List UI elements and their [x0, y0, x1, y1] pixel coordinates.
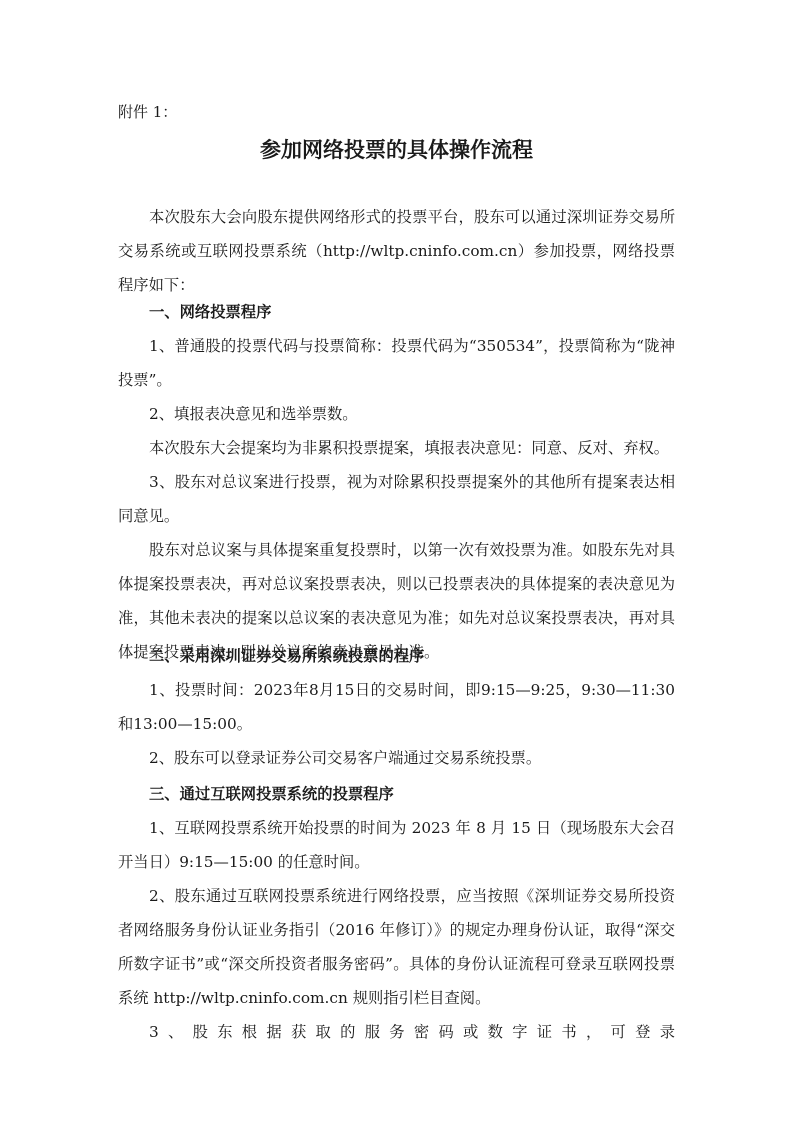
attachment-label: 附件 1：: [118, 102, 177, 122]
section-2-paragraph-2: 2、股东可以登录证券公司交易客户端通过交易系统投票。: [118, 741, 675, 775]
section-1-paragraph-3: 本次股东大会提案均为非累积投票提案，填报表决意见：同意、反对、弃权。: [118, 431, 675, 465]
document-title: 参加网络投票的具体操作流程: [0, 136, 793, 164]
section-heading-1: 一、网络投票程序: [118, 295, 675, 329]
document-page: 附件 1： 参加网络投票的具体操作流程 本次股东大会向股东提供网络形式的投票平台…: [0, 0, 793, 1122]
section-3-paragraph-3: 3、股东根据获取的服务密码或数字证书，可登录: [118, 1015, 675, 1049]
intro-paragraph: 本次股东大会向股东提供网络形式的投票平台，股东可以通过深圳证券交易所交易系统或互…: [118, 200, 675, 302]
section-heading-3: 三、通过互联网投票系统的投票程序: [118, 777, 675, 811]
section-1-paragraph-1: 1、普通股的投票代码与投票简称：投票代码为“350534”，投票简称为“陇神投票…: [118, 329, 675, 397]
section-1-paragraph-2: 2、填报表决意见和选举票数。: [118, 397, 675, 431]
section-1-paragraph-4: 3、股东对总议案进行投票，视为对除累积投票提案外的其他所有提案表达相同意见。: [118, 465, 675, 533]
section-heading-2: 二、采用深圳证券交易所系统投票的程序: [118, 639, 675, 673]
section-2-paragraph-1: 1、投票时间：2023年8月15日的交易时间，即9:15—9:25，9:30—1…: [118, 673, 675, 741]
section-3-paragraph-1: 1、互联网投票系统开始投票的时间为 2023 年 8 月 15 日（现场股东大会…: [118, 811, 675, 879]
section-3-paragraph-2: 2、股东通过互联网投票系统进行网络投票，应当按照《深圳证券交易所投资者网络服务身…: [118, 879, 675, 1015]
